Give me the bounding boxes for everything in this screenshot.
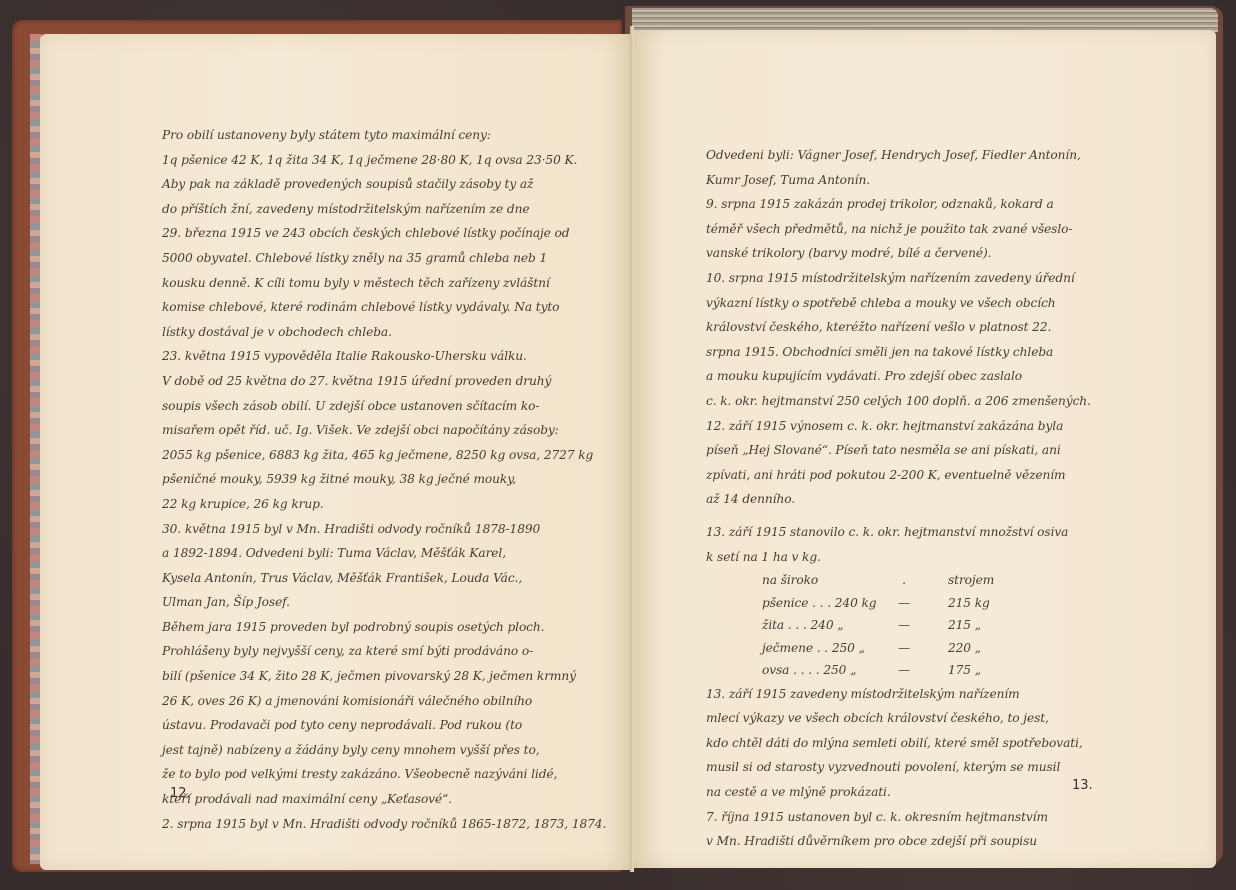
book-gutter — [630, 26, 634, 872]
page-number-right: 13. — [1072, 778, 1093, 793]
text-line: soupis všech zásob obilí. U zdejší obce … — [162, 394, 582, 419]
separator-dash: — — [880, 592, 928, 615]
text-line: 13. září 1915 stanovilo c. k. okr. hejtm… — [706, 520, 1116, 545]
column-header: strojem — [928, 569, 1038, 592]
table-row: žita . . . 240 „ — 215 „ — [762, 614, 1042, 637]
text-line: píseň „Hej Slované“. Píseň tato nesměla … — [706, 438, 1116, 463]
text-line: misařem opět říd. uč. Ig. Višek. Ve zdej… — [162, 418, 582, 443]
text-line: Kumr Josef, Tuma Antonín. — [706, 168, 1116, 193]
text-line: a 1892-1894. Odvedeni byli: Tuma Václav,… — [162, 541, 582, 566]
crop-name: žita . . . — [762, 614, 807, 637]
page-number-left: 12. — [170, 786, 191, 801]
table-row: ovsa . . . . 250 „ — 175 „ — [762, 659, 1042, 682]
text-line: 12. září 1915 výnosem c. k. okr. hejtman… — [706, 414, 1116, 439]
broadcast-amount: 240 „ — [811, 614, 844, 637]
crop-name: ječmene . . — [762, 637, 828, 660]
crop-name: ovsa . . . . — [762, 659, 820, 682]
text-line: kdo chtěl dáti do mlýna semleti obilí, k… — [706, 731, 1116, 756]
text-line: lístky dostával je v obchodech chleba. — [162, 320, 582, 345]
text-line: mlecí výkazy ve všech obcích království … — [706, 706, 1116, 731]
text-line: Pro obilí ustanoveny byly státem tyto ma… — [162, 123, 582, 148]
table-row: ječmene . . 250 „ — 220 „ — [762, 637, 1042, 660]
text-line: Odvedeni byli: Vágner Josef, Hendrych Jo… — [706, 143, 1116, 168]
separator-dash: — — [880, 637, 928, 660]
text-line: zpívati, ani hráti pod pokutou 2-200 K, … — [706, 463, 1116, 488]
crop-name: pšenice . . . — [762, 592, 831, 615]
text-line: Prohlášeny byly nejvyšší ceny, za které … — [162, 639, 582, 664]
text-line: kteří prodávali nad maximální ceny „Keťa… — [162, 787, 582, 812]
page-block-edges — [632, 8, 1218, 32]
drill-amount: 215 kg — [928, 592, 1038, 615]
text-line: Kysela Antonín, Trus Václav, Měšťák Fran… — [162, 566, 582, 591]
text-line: a mouku kupujícím vydávati. Pro zdejší o… — [706, 364, 1116, 389]
text-line: 1q pšenice 42 K, 1q žita 34 K, 1q ječmen… — [162, 148, 582, 173]
text-line: 5000 obyvatel. Chlebové lístky zněly na … — [162, 246, 582, 271]
text-line: 26 K, oves 26 K) a jmenováni komisionáři… — [162, 689, 582, 714]
text-line: bilí (pšenice 34 K, žito 28 K, ječmen pi… — [162, 664, 582, 689]
text-line: pšeničné mouky, 5939 kg žitné mouky, 38 … — [162, 467, 582, 492]
text-line: až 14 denního. — [706, 487, 1116, 512]
text-line: V době od 25 května do 27. května 1915 ú… — [162, 369, 582, 394]
separator-dash: — — [880, 659, 928, 682]
column-header: . — [880, 569, 928, 592]
table-row: pšenice . . . 240 kg — 215 kg — [762, 592, 1042, 615]
table-header-row: na široko . strojem — [762, 569, 1042, 592]
text-line: k setí na 1 ha v kg. — [706, 545, 1116, 570]
text-line: Aby pak na základě provedených soupisů s… — [162, 172, 582, 197]
seed-quantity-table: na široko . strojem pšenice . . . 240 kg… — [762, 569, 1042, 682]
right-page-text: Odvedeni byli: Vágner Josef, Hendrych Jo… — [706, 143, 1116, 854]
text-line: 2055 kg pšenice, 6883 kg žita, 465 kg je… — [162, 443, 582, 468]
text-line: 22 kg krupice, 26 kg krup. — [162, 492, 582, 517]
column-header: na široko — [762, 569, 880, 592]
text-line: království českého, kteréžto nařízení ve… — [706, 315, 1116, 340]
text-line: 29. března 1915 ve 243 obcích českých ch… — [162, 221, 582, 246]
text-line: 9. srpna 1915 zakázán prodej trikolor, o… — [706, 192, 1116, 217]
text-line: c. k. okr. hejtmanství 250 celých 100 do… — [706, 389, 1116, 414]
text-line: Během jara 1915 proveden byl podrobný so… — [162, 615, 582, 640]
broadcast-amount: 240 kg — [835, 592, 877, 615]
drill-amount: 220 „ — [928, 637, 1038, 660]
text-line: téměř všech předmětů, na nichž je použit… — [706, 217, 1116, 242]
text-line: musil si od starosty vyzvednouti povolen… — [706, 755, 1116, 780]
text-line: srpna 1915. Obchodníci směli jen na tako… — [706, 340, 1116, 365]
text-line: vanské trikolory (barvy modré, bílé a če… — [706, 241, 1116, 266]
separator-dash: — — [880, 614, 928, 637]
text-line: Ulman Jan, Šíp Josef. — [162, 590, 582, 615]
text-line: do příštích žní, zavedeny místodržitelsk… — [162, 197, 582, 222]
text-line: v Mn. Hradišti důvěrníkem pro obce zdejš… — [706, 829, 1116, 854]
text-line: na cestě a ve mlýně prokázati. — [706, 780, 1116, 805]
text-line: komise chlebové, které rodinám chlebové … — [162, 295, 582, 320]
drill-amount: 215 „ — [928, 614, 1038, 637]
spacer — [706, 512, 1116, 520]
broadcast-amount: 250 „ — [823, 659, 856, 682]
text-line: 13. září 1915 zavedeny místodržitelským … — [706, 682, 1116, 707]
text-line: 10. srpna 1915 místodržitelským nařízení… — [706, 266, 1116, 291]
text-line: že to bylo pod velkými tresty zakázáno. … — [162, 762, 582, 787]
left-page-text: Pro obilí ustanoveny byly státem tyto ma… — [162, 123, 582, 836]
broadcast-amount: 250 „ — [832, 637, 865, 660]
drill-amount: 175 „ — [928, 659, 1038, 682]
text-line: výkazní lístky o spotřebě chleba a mouky… — [706, 291, 1116, 316]
text-line: 23. května 1915 vypověděla Italie Rakous… — [162, 344, 582, 369]
text-line: 30. května 1915 byl v Mn. Hradišti odvod… — [162, 517, 582, 542]
text-line: ústavu. Prodavači pod tyto ceny neprodáv… — [162, 713, 582, 738]
text-line: kousku denně. K cíli tomu byly v městech… — [162, 271, 582, 296]
text-line: jest tajně) nabízeny a žádány byly ceny … — [162, 738, 582, 763]
text-line: 2. srpna 1915 byl v Mn. Hradišti odvody … — [162, 812, 582, 837]
text-line: 7. října 1915 ustanoven byl c. k. okresn… — [706, 805, 1116, 830]
